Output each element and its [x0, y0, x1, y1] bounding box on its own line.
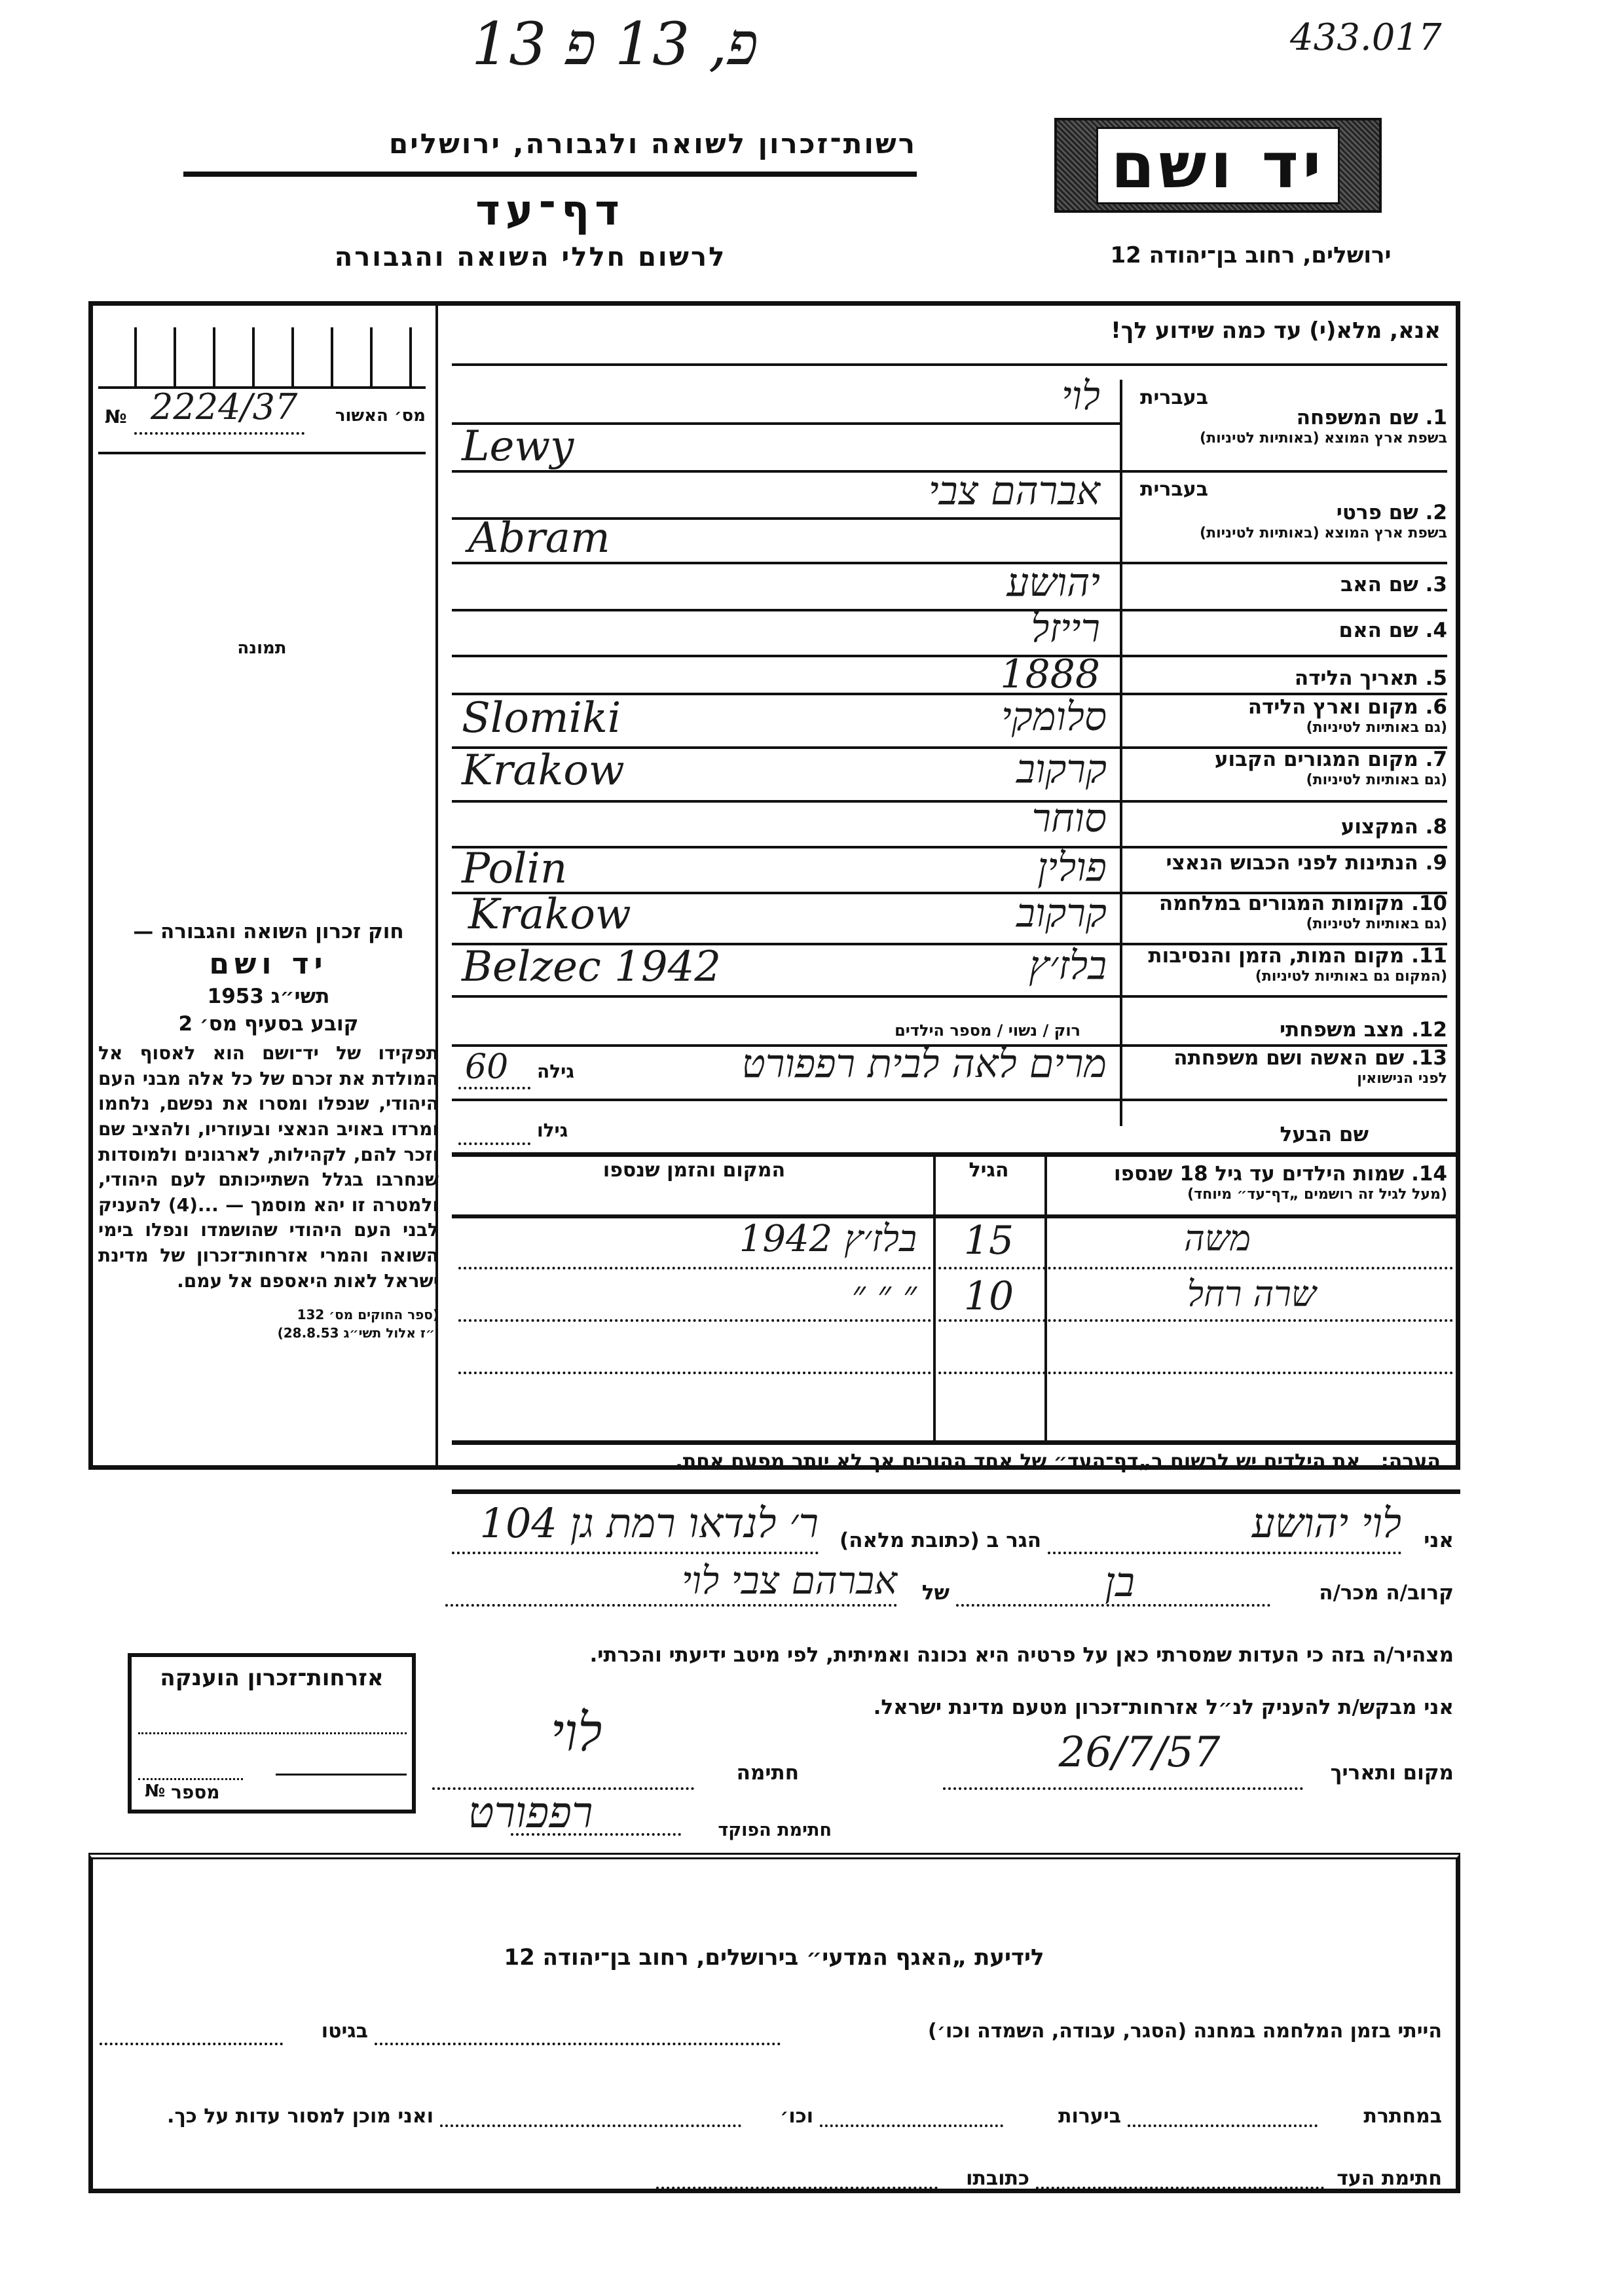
memorial-citizenship-stamp-box: אזרחות־זכרון הוענקה מספר № — [128, 1653, 416, 1813]
registration-box: מס׳ האשור № 2224/37 — [98, 314, 426, 445]
wife-age: 60 — [465, 1048, 508, 1087]
children-note: הערה: את הילדים יש לרשום ב„דף־העד״ של אח… — [458, 1450, 1441, 1473]
birth-date: 1888 — [720, 651, 1100, 697]
of-label: של — [904, 1581, 950, 1605]
law-excerpt: חוק זכרון השואה והגבורה — יד ושם תשי״ג 1… — [98, 920, 439, 1342]
registration-label: מס׳ האשור — [301, 406, 426, 426]
organization-address: ירושלים, רחוב בן־יהודה 12 — [1054, 242, 1447, 268]
wartime-residence-latin: Krakow — [468, 890, 631, 939]
place-date-label: מקום ותאריך — [1310, 1761, 1454, 1785]
declaration-i-label: אני — [1408, 1529, 1454, 1552]
field-10-label: 10. מקומות המגורים במלחמה (גם באותיות לט… — [1126, 892, 1447, 934]
birth-place-latin: Slomiki — [462, 694, 621, 742]
first-name-latin: Abram — [468, 514, 610, 562]
stamp-number-label: מספר — [171, 1781, 220, 1803]
relation-value[interactable]: בן — [976, 1558, 1264, 1607]
child-1-place: בלז׳ץ 1942 — [557, 1218, 917, 1260]
number-symbol: № — [105, 406, 127, 428]
wife-age-label: גילה — [537, 1061, 574, 1082]
declarant-address[interactable]: ר׳ לנדאו רמת גן 104 — [406, 1499, 819, 1548]
family-name-hebrew: לוי — [720, 373, 1100, 419]
registration-number: 2224/37 — [151, 386, 297, 428]
lower-box-title: לידיעת „האגף המדעי״ בירושלים, רחוב בן־יה… — [93, 1944, 1455, 1971]
field-8-label: 8. המקצוע — [1126, 815, 1447, 839]
marital-status-options[interactable]: רוק / נשוי / מספר הילדים — [688, 1021, 1080, 1040]
officer-signature-label: חתימת הפוקד — [688, 1820, 832, 1840]
children-age-header: הגיל — [936, 1159, 1041, 1182]
wartime-residence-hebrew: קרקוב — [851, 890, 1107, 936]
form-title: דף־עד — [367, 187, 733, 235]
law-name: יד ושם — [98, 947, 439, 981]
law-source-2: י״ז אלול תשי״ג 28.8.53) — [98, 1324, 439, 1342]
officer-signature[interactable]: רפפורט — [380, 1787, 681, 1838]
stamp-number-symbol: № — [145, 1781, 165, 1801]
field-12-label: 12. מצב משפחתי — [1126, 1018, 1447, 1042]
willing-to-testify: ואני מוכן למסור עדות על כך. — [93, 2105, 434, 2128]
profession: סוחר — [851, 795, 1107, 841]
handwritten-page-ref: 13 פ, 13 פ — [471, 10, 758, 79]
field-4-label: 4. שם האם — [1126, 619, 1447, 643]
stamp-title: אזרחות־זכרון הוענקה — [132, 1665, 412, 1691]
etc-label: וכו׳ — [748, 2105, 813, 2128]
child-2-place: ״ ״ ״ — [557, 1273, 917, 1316]
child-1-age: 15 — [943, 1218, 1035, 1264]
header-rule — [183, 172, 917, 177]
yad-vashem-logo: יד ושם — [1054, 118, 1382, 213]
mother-name: רייזל — [720, 606, 1100, 651]
law-section: קובע בסעיף מס׳ 2 — [98, 1012, 439, 1036]
victim-name-declaration[interactable]: אברהם צבי לוי — [544, 1558, 897, 1603]
citizenship-hebrew: פולין — [851, 845, 1107, 890]
declarant-name[interactable]: לוי יהושע — [1080, 1499, 1401, 1548]
husband-age-label: גילו — [537, 1120, 568, 1141]
field-2-label: 2. שם פרטי בשפת ארץ המוצא (באותיות לטיני… — [1126, 501, 1447, 543]
child-1-name: משה — [1054, 1218, 1251, 1259]
declaration-statement: מצהיר/ה בזה כי העדות שמסרתי כאן על פרטיה… — [458, 1643, 1454, 1667]
declarant-signature[interactable]: לוי — [458, 1702, 694, 1764]
law-title: חוק זכרון השואה והגבורה — — [98, 920, 439, 943]
death-place-latin: Belzec 1942 — [462, 943, 721, 991]
field-7-label: 7. מקום המגורים הקבוע (גם באותיות לטיניו… — [1126, 748, 1447, 790]
citizenship-latin: Polin — [462, 845, 567, 893]
citizenship-request: אני מבקש/ת להעניק לנ״ל אזרחות־זכרון מטעם… — [753, 1696, 1454, 1719]
child-2-age: 10 — [943, 1273, 1035, 1319]
field-6-label: 6. מקום וארץ הלידה (גם באותיות לטיניות) — [1126, 695, 1447, 737]
field-13-label: 13. שם האשה ושם משפחתה לפני הנישואין — [1126, 1046, 1447, 1088]
logo-text: יד ושם — [1096, 127, 1340, 204]
birth-place-hebrew: סלומקי — [851, 694, 1107, 740]
witness-address-label: כתובתו — [944, 2167, 1029, 2190]
first-name-hebrew: אברהם צבי — [720, 468, 1100, 514]
field-3-label: 3. שם האב — [1126, 573, 1447, 597]
father-name: יהושע — [720, 560, 1100, 606]
handwritten-file-number: 433.017 — [1290, 16, 1442, 59]
field-11-label: 11. מקום המות, הזמן והנסיבות (המקום גם ב… — [1126, 944, 1447, 986]
family-name-latin: Lewy — [462, 422, 574, 471]
ghetto-label: בגיטו — [289, 2020, 368, 2043]
children-place-header: המקום והזמן שנספו — [458, 1159, 930, 1182]
residence-latin: Krakow — [462, 746, 625, 795]
law-year: תשי״ג 1953 — [98, 985, 439, 1008]
law-body: תפקידו של יד־ושם הוא לאסוף אל המולדת את … — [98, 1041, 439, 1294]
form-subtitle: לרשום חללי השואה והגבורה — [262, 242, 799, 272]
fill-instruction: אנא, מלא(י) עד כמה שידוע לך! — [458, 318, 1441, 344]
field-5-label: 5. תאריך הלידה — [1126, 666, 1447, 691]
wife-maiden-name: מרים לאה לבית רפפורט — [616, 1041, 1107, 1087]
witness-signature-label: חתימת העד — [1331, 2167, 1442, 2190]
forests-label: ביערות — [1010, 2105, 1121, 2128]
address-label: הגר ב (כתובת מלאה) — [825, 1529, 1041, 1552]
children-label: 14. שמות הילדים עד גיל 18 שנספו (מעל לגי… — [1061, 1162, 1447, 1204]
underground-label: במחתרת — [1324, 2105, 1442, 2128]
organization-name: רשות־זכרון לשואה ולגבורה, ירושלים — [183, 128, 917, 160]
field-2-hebrew-tag: בעברית — [1133, 478, 1208, 501]
field-1-label: 1. שם המשפחה בשפת ארץ המוצא (באותיות לטי… — [1126, 406, 1447, 448]
residence-hebrew: קרקוב — [851, 746, 1107, 792]
relation-label: קרוב/ה מכר/ה — [1283, 1581, 1454, 1605]
death-place-hebrew: בלז׳ץ — [884, 943, 1107, 989]
camp-label: הייתי בזמן המלחמה במחנה (הסגר, עבודה, הש… — [787, 2020, 1442, 2043]
scientific-department-box: לידיעת „האגף המדעי״ בירושלים, רחוב בן־יה… — [88, 1853, 1460, 2193]
signature-label: חתימה — [707, 1761, 799, 1785]
law-source-1: (ספר החוקים מס׳ 132 — [98, 1305, 439, 1324]
child-2-name: שרה רחל — [1054, 1273, 1316, 1315]
husband-name-label: שם הבעל — [1126, 1123, 1369, 1147]
field-9-label: 9. הנתינות לפני הכבוש הנאצי — [1126, 851, 1447, 875]
photo-placeholder-label: תמונה — [196, 638, 327, 658]
place-date-value[interactable]: 26/7/57 — [982, 1728, 1297, 1777]
